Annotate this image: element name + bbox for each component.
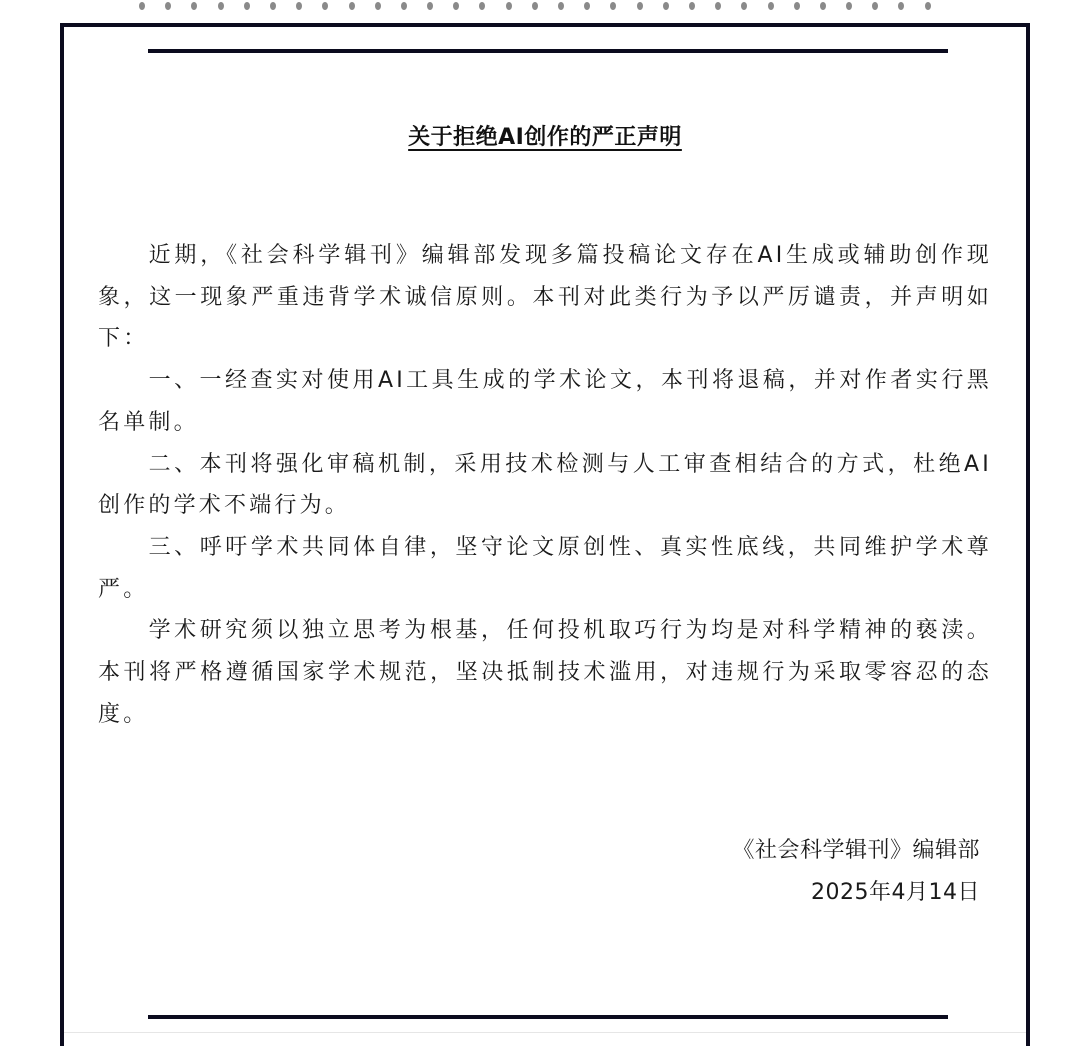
dot-icon xyxy=(453,2,459,10)
paragraph-conclusion: 学术研究须以独立思考为根基，任何投机取巧行为均是对科学精神的亵渎。本刊将严格遵循… xyxy=(98,610,992,735)
paragraph-item-3: 三、呼吁学术共同体自律，坚守论文原创性、真实性底线，共同维护学术尊严。 xyxy=(98,527,992,610)
dotted-decoration xyxy=(139,2,959,12)
signature-organization: 《社会科学辑刊》编辑部 xyxy=(732,830,980,872)
dot-icon xyxy=(218,2,224,10)
document-title: 关于拒绝AI创作的严正声明 xyxy=(64,120,1026,151)
dot-icon xyxy=(794,2,800,10)
dot-icon xyxy=(270,2,276,10)
dot-icon xyxy=(349,2,355,10)
document-frame: 关于拒绝AI创作的严正声明 近期，《社会科学辑刊》编辑部发现多篇投稿论文存在AI… xyxy=(60,23,1030,1046)
dot-icon xyxy=(846,2,852,10)
dot-icon xyxy=(715,2,721,10)
dot-icon xyxy=(872,2,878,10)
dot-icon xyxy=(506,2,512,10)
dot-icon xyxy=(427,2,433,10)
dot-icon xyxy=(898,2,904,10)
dot-icon xyxy=(322,2,328,10)
dot-icon xyxy=(689,2,695,10)
dot-icon xyxy=(741,2,747,10)
paragraph-intro: 近期，《社会科学辑刊》编辑部发现多篇投稿论文存在AI生成或辅助创作现象，这一现象… xyxy=(98,235,992,360)
dot-icon xyxy=(191,2,197,10)
signature-date: 2025年4月14日 xyxy=(732,872,980,914)
dot-icon xyxy=(768,2,774,10)
dot-icon xyxy=(532,2,538,10)
document-body: 近期，《社会科学辑刊》编辑部发现多篇投稿论文存在AI生成或辅助创作现象，这一现象… xyxy=(98,235,992,735)
dot-icon xyxy=(610,2,616,10)
dot-icon xyxy=(296,2,302,10)
signature-block: 《社会科学辑刊》编辑部 2025年4月14日 xyxy=(732,830,980,914)
dot-icon xyxy=(165,2,171,10)
dot-icon xyxy=(244,2,250,10)
dot-icon xyxy=(584,2,590,10)
dot-icon xyxy=(820,2,826,10)
dot-icon xyxy=(479,2,485,10)
dot-icon xyxy=(558,2,564,10)
dot-icon xyxy=(663,2,669,10)
paragraph-item-1: 一、一经查实对使用AI工具生成的学术论文，本刊将退稿，并对作者实行黑名单制。 xyxy=(98,360,992,443)
dot-icon xyxy=(925,2,931,10)
document-title-text: 关于拒绝AI创作的严正声明 xyxy=(408,125,682,150)
top-rule-divider xyxy=(148,49,948,53)
paragraph-item-2: 二、本刊将强化审稿机制，采用技术检测与人工审查相结合的方式，杜绝AI创作的学术不… xyxy=(98,444,992,527)
frame-bottom-edge xyxy=(64,1032,1026,1033)
bottom-rule-divider xyxy=(148,1015,948,1019)
dot-icon xyxy=(637,2,643,10)
dot-icon xyxy=(139,2,145,10)
dot-icon xyxy=(401,2,407,10)
dot-icon xyxy=(375,2,381,10)
